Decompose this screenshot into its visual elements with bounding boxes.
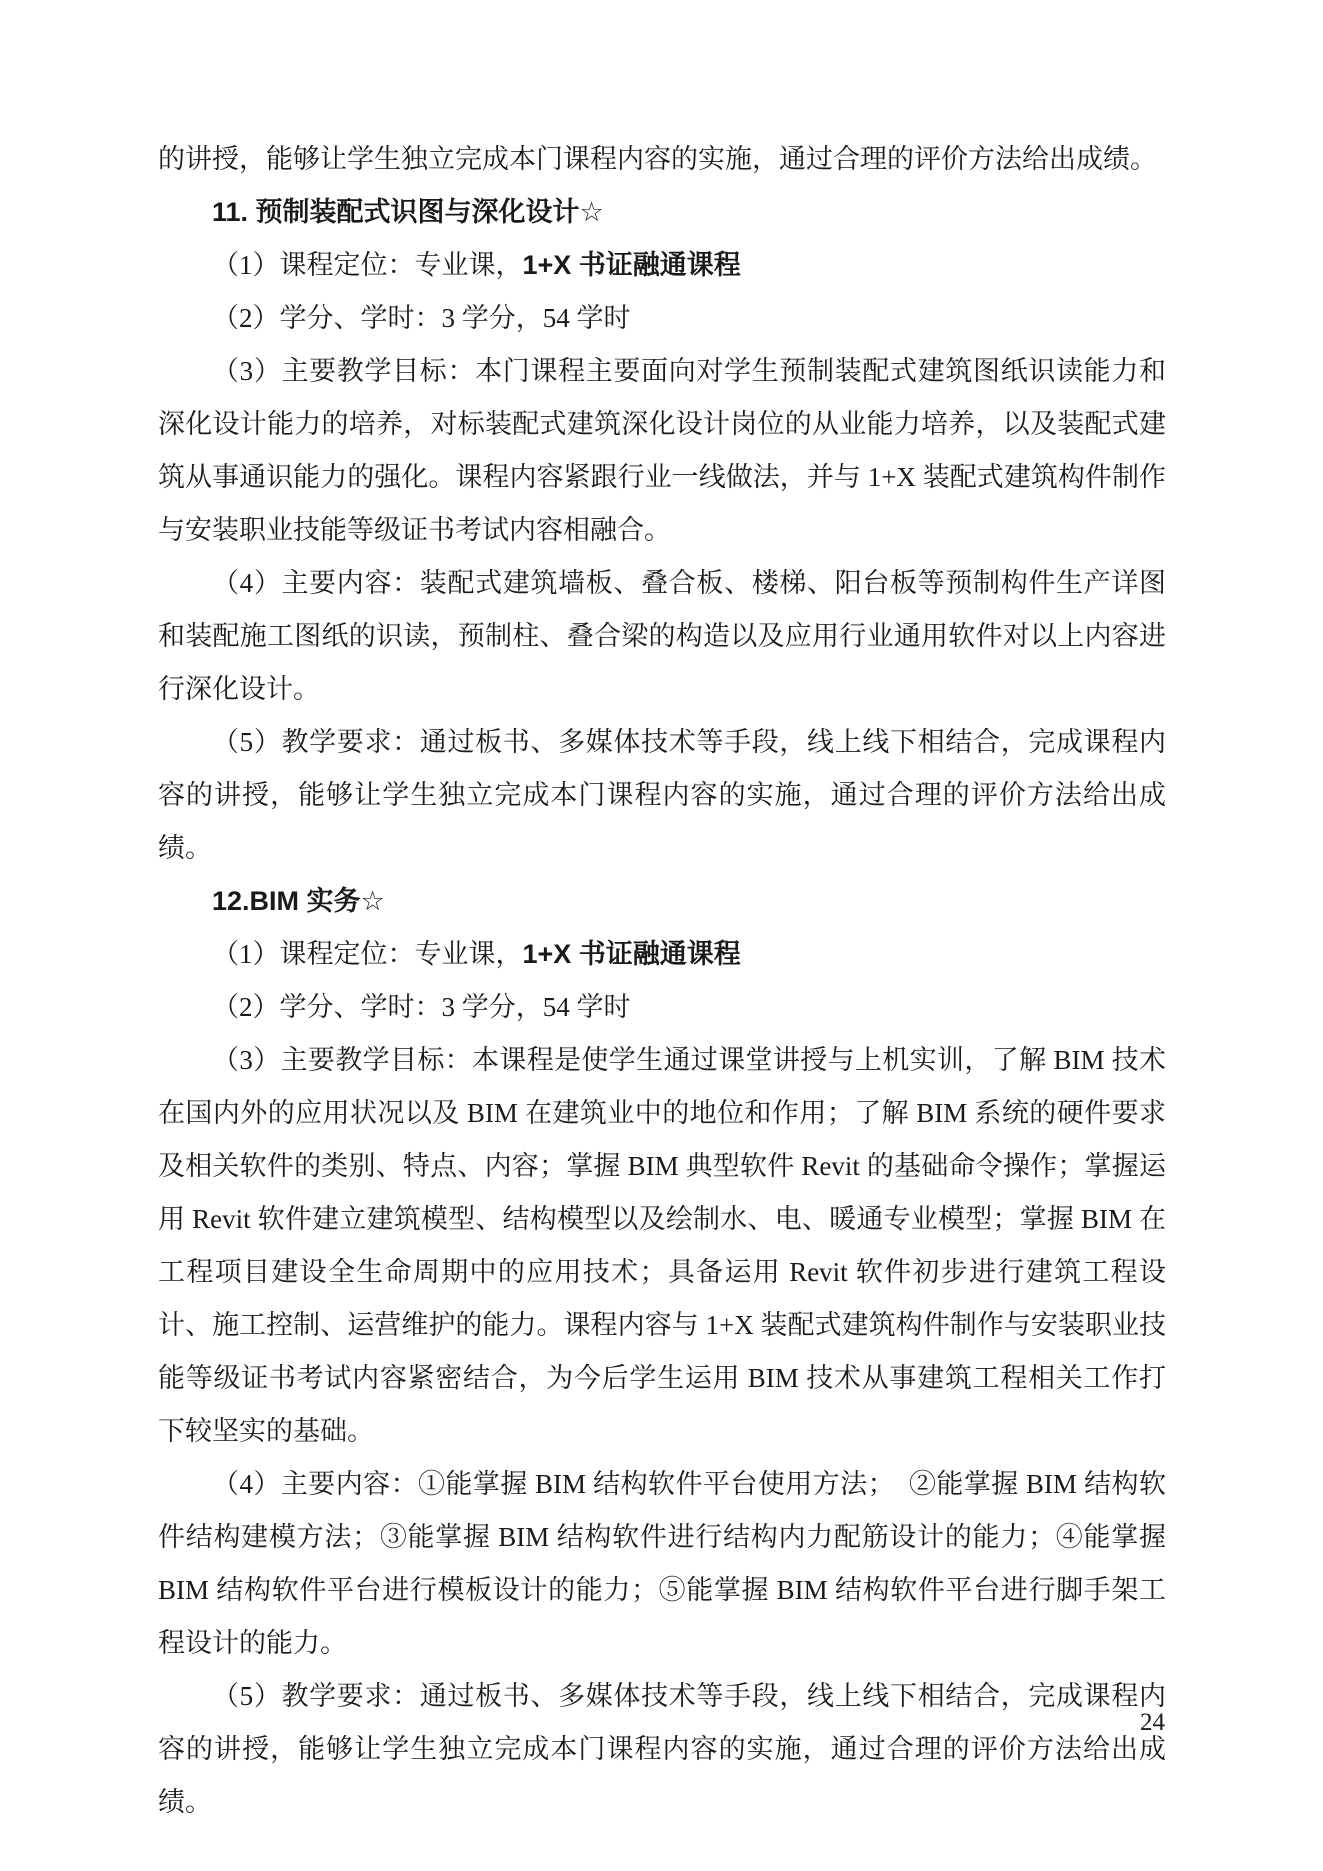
text-run: （2）学分、学时：3 学分，54 学时 (212, 303, 631, 333)
text-run: （3）主要教学目标：本门课程主要面向对学生预制装配式建筑图纸识读能力和深化设计能… (158, 356, 1166, 545)
para-c11-positioning: （1）课程定位：专业课，1+X 书证融通课程 (158, 239, 1166, 292)
text-run: 的讲授，能够让学生独立完成本门课程内容的实施，通过合理的评价方法给出成绩。 (158, 144, 1157, 174)
para-c12-requirements: （5）教学要求：通过板书、多媒体技术等手段，线上线下相结合，完成课程内容的讲授，… (158, 1670, 1166, 1829)
text-run: （1）课程定位：专业课， (212, 939, 523, 969)
para-c12-positioning: （1）课程定位：专业课，1+X 书证融通课程 (158, 928, 1166, 981)
para-c12-credits: （2）学分、学时：3 学分，54 学时 (158, 981, 1166, 1034)
para-c12-objectives: （3）主要教学目标：本课程是使学生通过课堂讲授与上机实训，了解 BIM 技术在国… (158, 1034, 1166, 1458)
bold-text-run: 1+X 书证融通课程 (523, 939, 741, 969)
bold-text-run: 12.BIM 实务☆ (212, 886, 385, 916)
para-c12-content: （4）主要内容：①能掌握 BIM 结构软件平台使用方法； ②能掌握 BIM 结构… (158, 1458, 1166, 1670)
text-run: （5）教学要求：通过板书、多媒体技术等手段，线上线下相结合，完成课程内容的讲授，… (158, 727, 1166, 863)
document-page: 的讲授，能够让学生独立完成本门课程内容的实施，通过合理的评价方法给出成绩。11.… (0, 0, 1323, 1871)
para-prev-continuation: 的讲授，能够让学生独立完成本门课程内容的实施，通过合理的评价方法给出成绩。 (158, 133, 1166, 186)
para-c11-requirements: （5）教学要求：通过板书、多媒体技术等手段，线上线下相结合，完成课程内容的讲授，… (158, 716, 1166, 875)
para-c11-content: （4）主要内容：装配式建筑墙板、叠合板、楼梯、阳台板等预制构件生产详图和装配施工… (158, 557, 1166, 716)
text-run: （2）学分、学时：3 学分，54 学时 (212, 992, 631, 1022)
bold-text-run: 11. 预制装配式识图与深化设计☆ (212, 197, 604, 227)
page-number: 24 (1140, 1708, 1165, 1738)
heading-course-12: 12.BIM 实务☆ (158, 875, 1166, 928)
para-c11-objectives: （3）主要教学目标：本门课程主要面向对学生预制装配式建筑图纸识读能力和深化设计能… (158, 345, 1166, 557)
bold-text-run: 1+X 书证融通课程 (523, 250, 741, 280)
text-run: （4）主要内容：装配式建筑墙板、叠合板、楼梯、阳台板等预制构件生产详图和装配施工… (158, 568, 1166, 704)
document-body: 的讲授，能够让学生独立完成本门课程内容的实施，通过合理的评价方法给出成绩。11.… (158, 133, 1166, 1829)
text-run: （5）教学要求：通过板书、多媒体技术等手段，线上线下相结合，完成课程内容的讲授，… (158, 1681, 1166, 1817)
text-run: （4）主要内容：①能掌握 BIM 结构软件平台使用方法； ②能掌握 BIM 结构… (158, 1469, 1166, 1658)
text-run: （1）课程定位：专业课， (212, 250, 523, 280)
para-c11-credits: （2）学分、学时：3 学分，54 学时 (158, 292, 1166, 345)
text-run: （3）主要教学目标：本课程是使学生通过课堂讲授与上机实训，了解 BIM 技术在国… (158, 1045, 1166, 1446)
heading-course-11: 11. 预制装配式识图与深化设计☆ (158, 186, 1166, 239)
